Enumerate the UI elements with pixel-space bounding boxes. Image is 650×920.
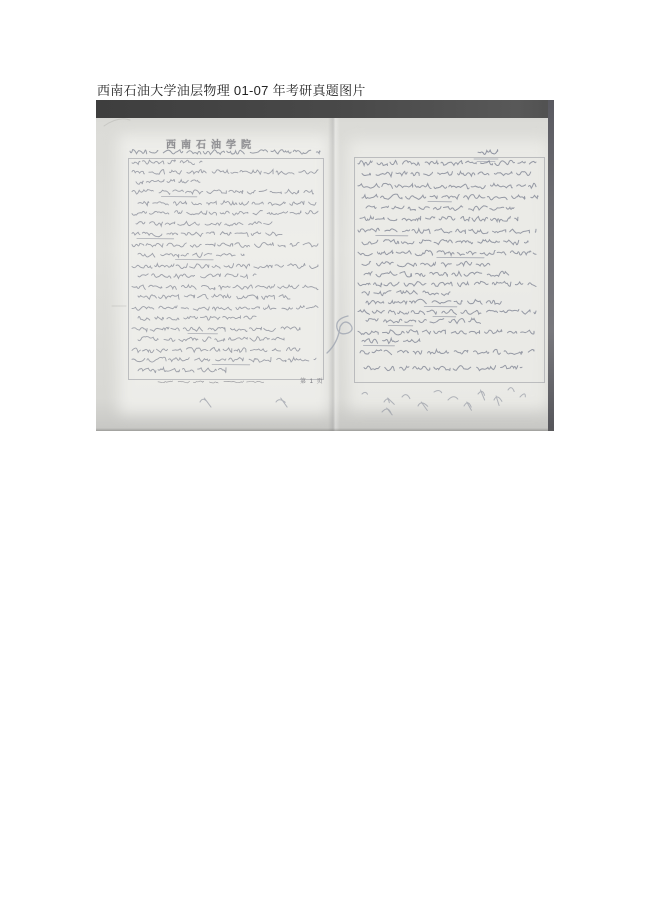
- page-title: 西南石油大学油层物理 01-07 年考研真题图片: [97, 80, 366, 99]
- institute-stamp: 西南石油学院: [136, 136, 286, 151]
- scan-bottom-edge: [96, 428, 554, 431]
- scan-right-edge: [548, 100, 554, 431]
- page-number-label: 第 1 页: [300, 376, 324, 385]
- scanned-document-photo: 西南石油学院 第 1 页: [96, 100, 554, 431]
- scan-top-shadow-bar: [96, 100, 554, 118]
